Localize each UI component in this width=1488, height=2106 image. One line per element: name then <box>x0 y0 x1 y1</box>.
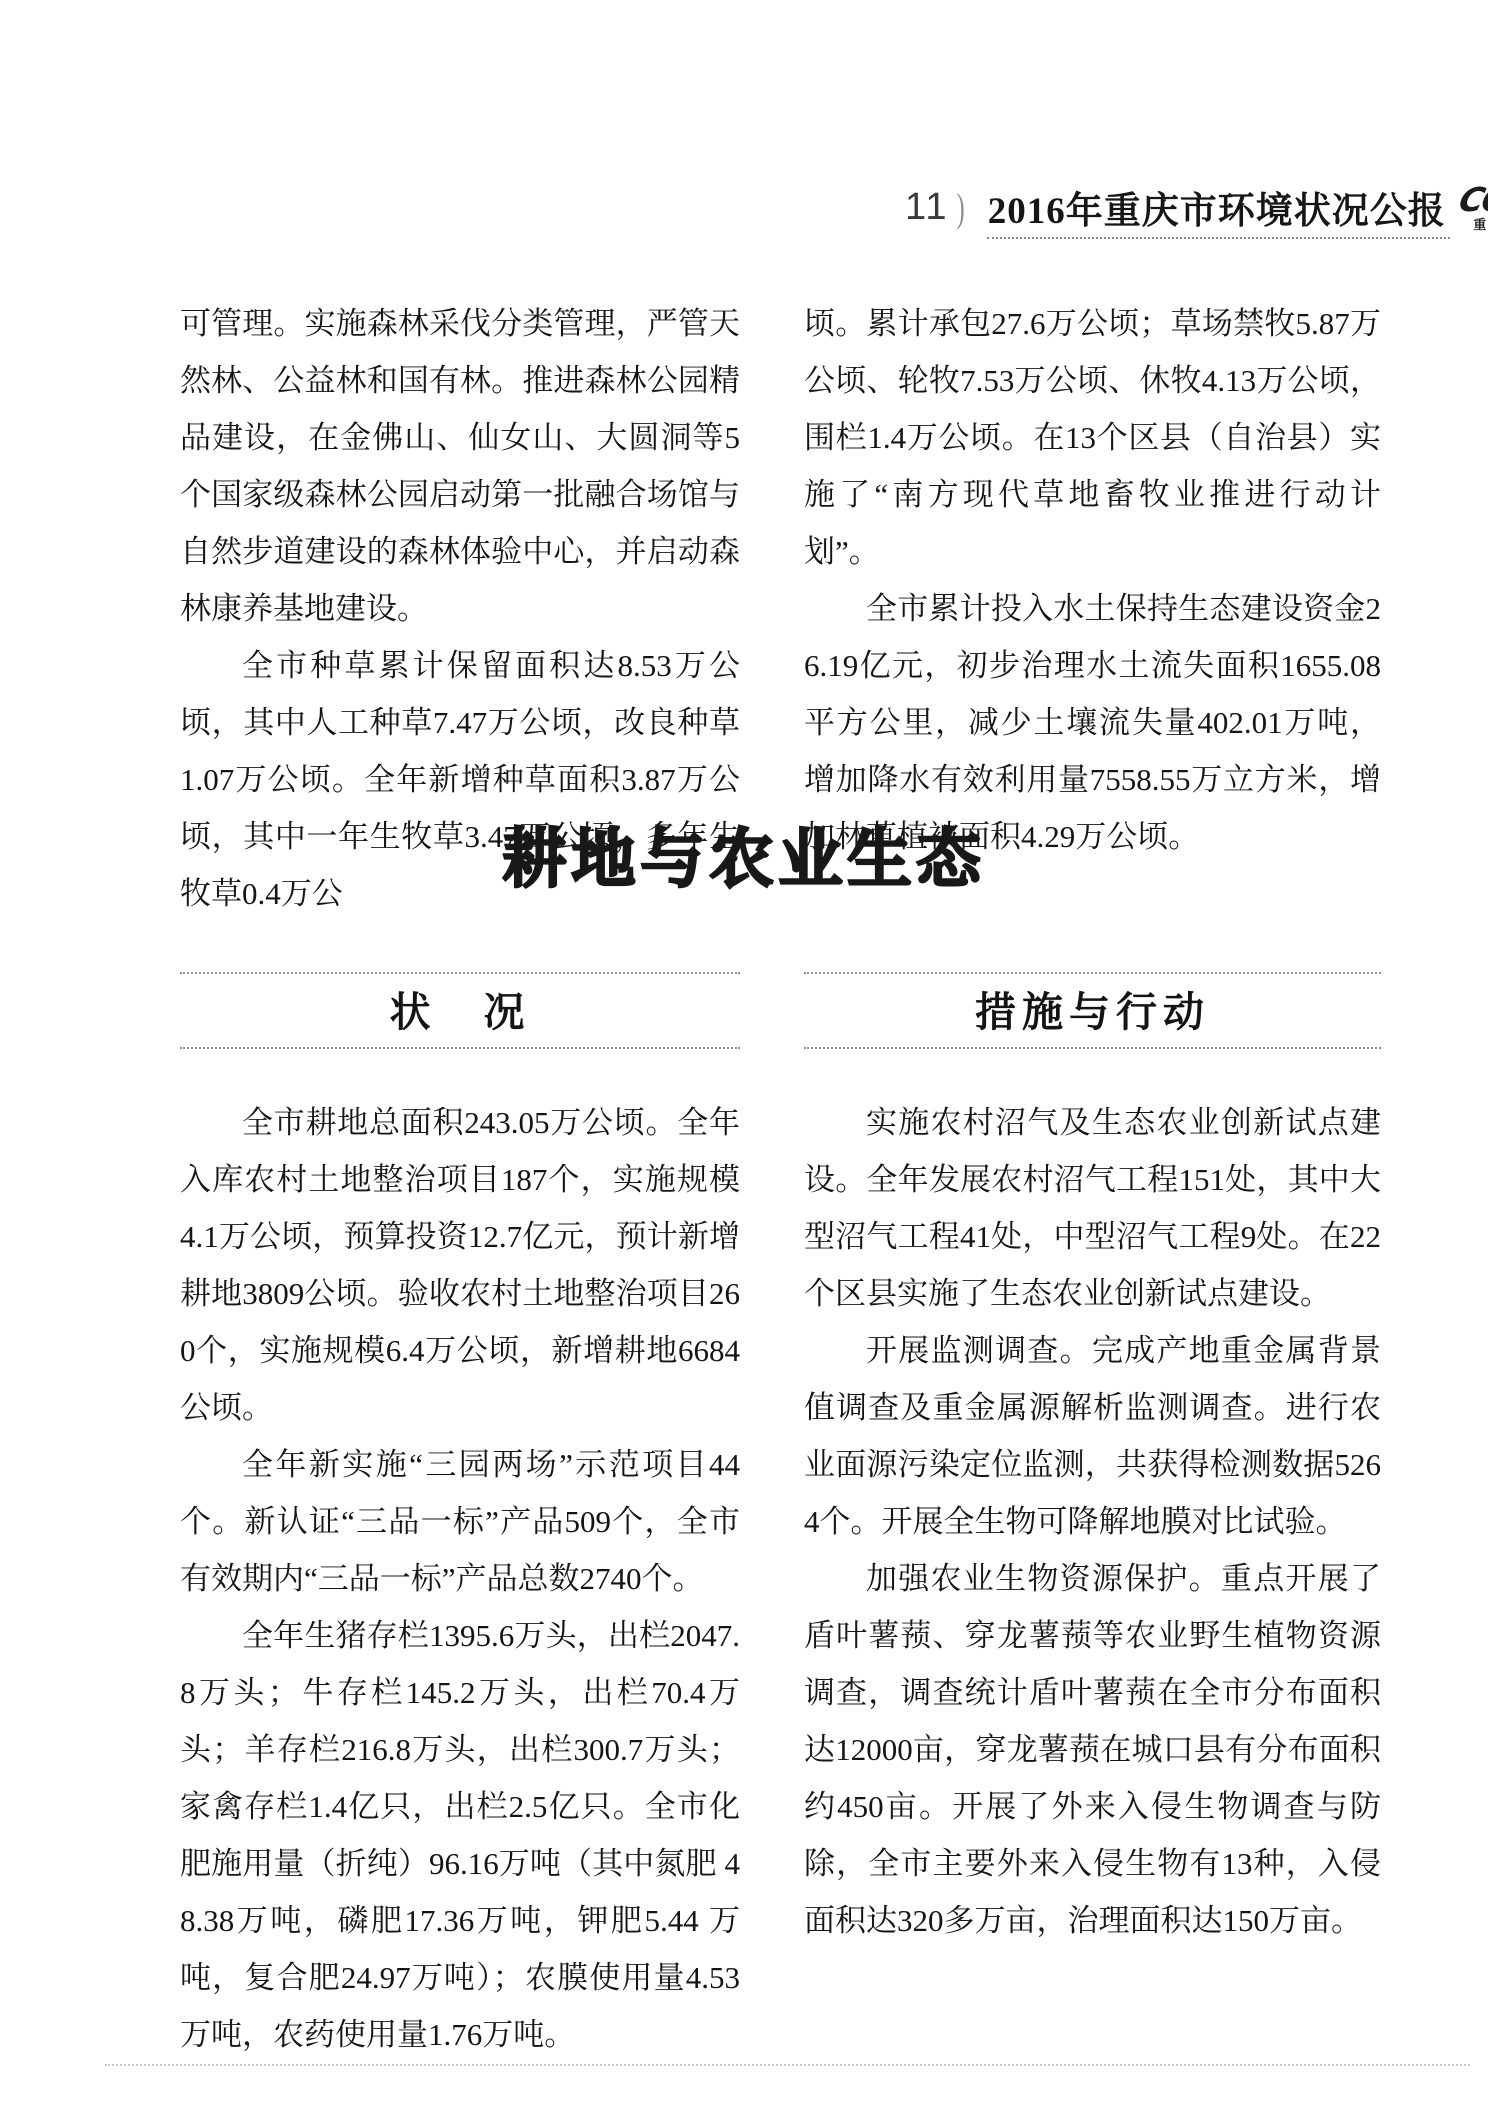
paragraph: 顷。累计承包27.6万公顷；草场禁牧5.87万公顷、轮牧7.53万公顷、休牧4.… <box>804 295 1381 580</box>
page-number: 11 <box>905 186 948 229</box>
measures-column: 措施与行动 实施农村沼气及生态农业创新试点建设。全年发展农村沼气工程151处，其… <box>804 972 1381 2063</box>
measures-heading: 措施与行动 <box>804 972 1381 1049</box>
lower-text-section: 状 况 全市耕地总面积243.05万公顷。全年入库农村土地整治项目187个，实施… <box>180 972 1381 2063</box>
report-page: 11 ) 2016年重庆市环境状况公报 CQEP 重庆环保 可管理。实施森林采伐… <box>0 0 1488 2106</box>
status-body: 全市耕地总面积243.05万公顷。全年入库农村土地整治项目187个，实施规模4.… <box>180 1094 740 2063</box>
status-heading: 状 况 <box>180 972 740 1049</box>
header-dotted-rule <box>987 237 1450 239</box>
logo-subtext: 重庆环保 <box>1460 218 1488 231</box>
cqep-logo: CQEP 重庆环保 <box>1460 183 1488 231</box>
report-title: 2016年重庆市环境状况公报 <box>988 180 1446 234</box>
paragraph: 全市耕地总面积243.05万公顷。全年入库农村土地整治项目187个，实施规模4.… <box>180 1094 740 1436</box>
paragraph: 开展监测调查。完成产地重金属背景值调查及重金属源解析监测调查。进行农业面源污染定… <box>804 1322 1381 1550</box>
measures-body: 实施农村沼气及生态农业创新试点建设。全年发展农村沼气工程151处，其中大型沼气工… <box>804 1094 1381 1949</box>
paragraph: 全年生猪存栏1395.6万头，出栏2047.8万头；牛存栏145.2万头，出栏7… <box>180 1607 740 2063</box>
paragraph: 加强农业生物资源保护。重点开展了盾叶薯蓣、穿龙薯蓣等农业野生植物资源调查，调查统… <box>804 1550 1381 1949</box>
footer-dotted-rule <box>105 2064 1470 2066</box>
status-column: 状 况 全市耕地总面积243.05万公顷。全年入库农村土地整治项目187个，实施… <box>180 972 740 2063</box>
paragraph: 实施农村沼气及生态农业创新试点建设。全年发展农村沼气工程151处，其中大型沼气工… <box>804 1094 1381 1322</box>
chapter-title: 耕地与农业生态 <box>0 808 1488 900</box>
page-header: 11 ) 2016年重庆市环境状况公报 CQEP 重庆环保 <box>905 180 1488 234</box>
paragraph: 全年新实施“三园两场”示范项目44个。新认证“三品一标”产品509个，全市有效期… <box>180 1436 740 1607</box>
logo-wordmark: CQEP <box>1456 183 1488 216</box>
page-number-arc-mark: ) <box>957 184 965 231</box>
paragraph: 可管理。实施森林采伐分类管理，严管天然林、公益林和国有林。推进森林公园精品建设，… <box>180 295 740 637</box>
